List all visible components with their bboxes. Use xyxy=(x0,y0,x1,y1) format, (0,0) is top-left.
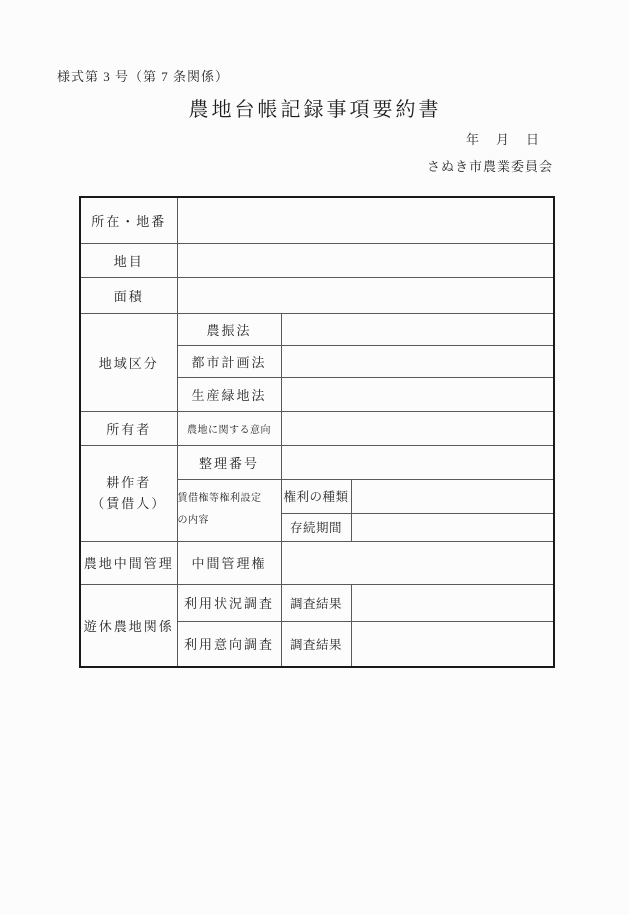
owner-label: 所有者 xyxy=(80,411,177,445)
form-number: 様式第 3 号（第 7 条関係） xyxy=(57,66,229,85)
document-page: 様式第 3 号（第 7 条関係） 農地台帳記録事項要約書 年 月 日 さぬき市農… xyxy=(0,0,630,915)
row-land-category: 地目 xyxy=(80,243,554,277)
cultivator-label: 耕作者 （賃借人） xyxy=(80,445,177,541)
productive-green-act-label: 生産緑地法 xyxy=(177,377,281,411)
location-value xyxy=(177,197,554,243)
row-reference-number: 耕作者 （賃借人） 整理番号 xyxy=(80,445,554,479)
row-agri-promotion-act: 地域区分 農振法 xyxy=(80,313,554,345)
agri-promotion-act-label: 農振法 xyxy=(177,313,281,345)
row-location: 所在・地番 xyxy=(80,197,554,243)
lease-rights-label-line2: の内容 xyxy=(178,510,281,532)
right-type-label: 権利の種類 xyxy=(281,479,351,513)
intermediary-right-value xyxy=(281,541,554,584)
row-intermediary-mgmt: 農地中間管理 中間管理権 xyxy=(80,541,554,584)
land-category-value xyxy=(177,243,554,277)
date-line: 年 月 日 xyxy=(427,129,553,148)
reference-number-label: 整理番号 xyxy=(177,445,281,479)
usage-intention-survey-label: 利用意向調査 xyxy=(177,621,281,667)
intermediary-right-label: 中間管理権 xyxy=(177,541,281,584)
usage-status-survey-label: 利用状況調査 xyxy=(177,584,281,621)
area-label: 面積 xyxy=(80,277,177,313)
farmland-intention-value xyxy=(281,411,554,445)
usage-status-result-label: 調査結果 xyxy=(281,584,351,621)
reference-number-value xyxy=(281,445,554,479)
land-category-label: 地目 xyxy=(80,243,177,277)
farmland-intention-label: 農地に関する意向 xyxy=(177,411,281,445)
usage-status-result-value xyxy=(351,584,554,621)
lease-rights-label: 賃借権等権利設定 の内容 xyxy=(177,479,281,541)
lease-rights-label-line1: 賃借権等権利設定 xyxy=(178,488,281,510)
usage-intention-result-label: 調査結果 xyxy=(281,621,351,667)
area-value xyxy=(177,277,554,313)
city-planning-act-label: 都市計画法 xyxy=(177,345,281,377)
city-planning-act-value xyxy=(281,345,554,377)
row-area: 面積 xyxy=(80,277,554,313)
page-title: 農地台帳記録事項要約書 xyxy=(0,93,630,122)
right-type-value xyxy=(351,479,554,513)
idle-farmland-label: 遊休農地関係 xyxy=(80,584,177,667)
summary-table: 所在・地番 地目 面積 地域区分 農振法 都市計画法 生産緑地法 xyxy=(79,196,555,668)
productive-green-act-value xyxy=(281,377,554,411)
row-usage-status-survey: 遊休農地関係 利用状況調査 調査結果 xyxy=(80,584,554,621)
intermediary-mgmt-label: 農地中間管理 xyxy=(80,541,177,584)
committee-name: さぬき市農業委員会 xyxy=(427,156,553,175)
duration-label: 存続期間 xyxy=(281,513,351,541)
duration-value xyxy=(351,513,554,541)
cultivator-label-line2: （賃借人） xyxy=(81,493,177,514)
region-class-label: 地域区分 xyxy=(80,313,177,411)
usage-intention-result-value xyxy=(351,621,554,667)
location-label: 所在・地番 xyxy=(80,197,177,243)
header-right-block: 年 月 日 さぬき市農業委員会 xyxy=(427,129,553,175)
cultivator-label-line1: 耕作者 xyxy=(81,472,177,493)
row-owner: 所有者 農地に関する意向 xyxy=(80,411,554,445)
agri-promotion-act-value xyxy=(281,313,554,345)
